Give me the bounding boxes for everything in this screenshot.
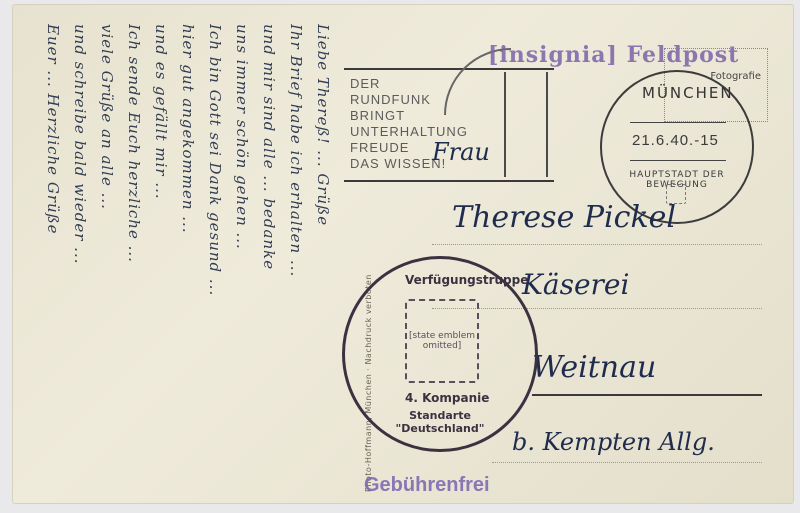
seal-top-text: Verfügungstruppe [405, 273, 528, 287]
letter-line: hier gut angekommen ... [179, 24, 197, 494]
letter-line: uns immer schön gehen ... [233, 24, 251, 494]
postmark-city: MÜNCHEN [642, 84, 734, 102]
seal-bottom-text: Standarte "Deutschland" [375, 409, 505, 435]
postcard: Liebe Thereß! ... Grüße Ihr Brief habe i… [12, 4, 794, 504]
address-region: b. Kempten Allg. [512, 428, 715, 456]
postmark-bar [630, 122, 726, 123]
address-line [492, 462, 762, 463]
letter-line: und mir sind alle ... bedanke [260, 24, 278, 494]
letter-line: viele Grüße an alle ... [98, 24, 116, 494]
letter-line: Ihr Brief habe ich erhalten ... [287, 24, 305, 494]
postage-free-stamp: Gebührenfrei [364, 474, 490, 497]
cancel-bar [344, 68, 554, 70]
address-name: Therese Pickel [452, 200, 676, 235]
seal-company-text: 4. Kompanie [405, 391, 489, 405]
cancel-bar [344, 180, 554, 182]
emblem-placeholder-icon: [state emblem omitted] [405, 299, 479, 383]
letter-line: und schreibe bald wieder ... [71, 24, 89, 494]
radio-tower-icon [504, 72, 548, 177]
postmark-date: 21.6.40.-15 [632, 132, 719, 149]
slogan-cancel: DER RUNDFUNK BRINGT UNTERHALTUNG FREUDE … [344, 68, 564, 184]
letter-line: Ich bin Gott sei Dank gesund ... [206, 24, 224, 494]
letter-line: Liebe Thereß! ... Grüße [314, 24, 332, 494]
letter-line: und es gefällt mir ... [152, 24, 170, 494]
stamp-box-label: Fotografie [710, 71, 761, 82]
address-line2: Käserei [522, 268, 629, 301]
address-underline [532, 394, 762, 396]
letter-line: Ich sende Euch herzliche ... [125, 24, 143, 494]
address-town: Weitnau [532, 350, 656, 385]
address-line [432, 244, 762, 245]
letter-line: Euer ... Herzliche Grüße [44, 24, 62, 494]
handwritten-letter: Liebe Thereß! ... Grüße Ihr Brief habe i… [32, 24, 332, 494]
postmark-bar [630, 160, 726, 161]
unit-seal: Verfügungstruppe [state emblem omitted] … [342, 256, 538, 452]
address-salutation: Frau [432, 138, 490, 166]
